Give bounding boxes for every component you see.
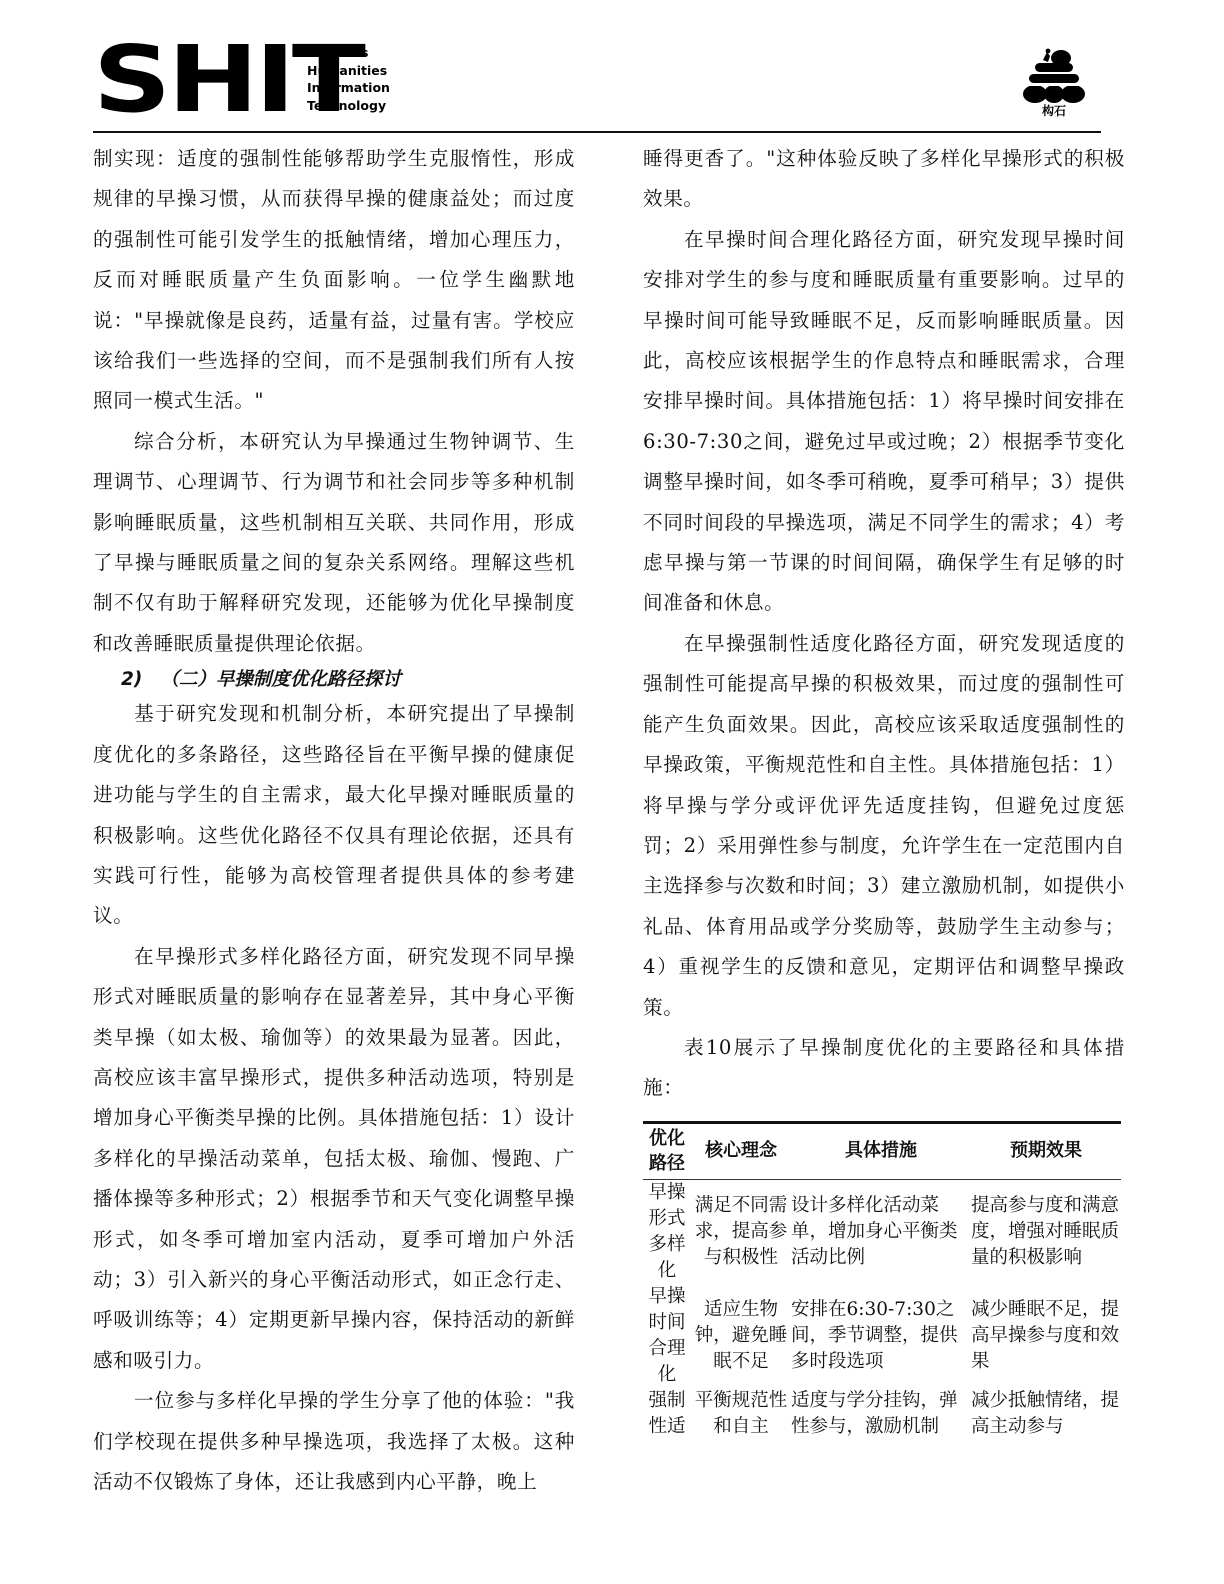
- paragraph: 制实现：适度的强制性能够帮助学生克服惰性，形成规律的早操习惯，从而获得早操的健康…: [93, 139, 575, 422]
- column-header: 核心理念: [691, 1122, 791, 1179]
- column-header: 优化路径: [643, 1122, 691, 1179]
- paragraph: 在早操强制性适度化路径方面，研究发现适度的强制性可能提高早操的积极效果，而过度的…: [643, 624, 1125, 1028]
- logo-subtitle-line: Humanities: [307, 62, 390, 80]
- header-divider: [93, 131, 1101, 133]
- paragraph: 表10展示了早操制度优化的主要路径和具体措施：: [643, 1028, 1125, 1109]
- table-row: 早操时间合理化 适应生物钟，避免睡眠不足 安排在6:30-7:30之间，季节调整…: [643, 1284, 1121, 1388]
- emblem-label: 构石: [1019, 104, 1089, 118]
- table-cell: 提高参与度和满意度，增强对睡眠质量的积极影响: [971, 1179, 1121, 1284]
- column-header: 具体措施: [791, 1122, 971, 1179]
- table-cell: 平衡规范性和自主: [691, 1388, 791, 1440]
- page-header: SHIT Sciences Humanities Information Tec…: [93, 40, 1101, 130]
- logo-subtitle-line: Information: [307, 79, 390, 97]
- logo-subtitle: Sciences Humanities Information Technolo…: [307, 44, 390, 114]
- column-header: 预期效果: [971, 1122, 1121, 1179]
- logo-subtitle-line: Technology: [307, 97, 390, 115]
- left-column: 制实现：适度的强制性能够帮助学生克服惰性，形成规律的早操习惯，从而获得早操的健康…: [93, 139, 575, 1502]
- table-cell: 适度与学分挂钩，弹性参与，激励机制: [791, 1388, 971, 1440]
- table-row: 强制性适 平衡规范性和自主 适度与学分挂钩，弹性参与，激励机制 减少抵触情绪，提…: [643, 1388, 1121, 1440]
- table-cell: 满足不同需求，提高参与积极性: [691, 1179, 791, 1284]
- publisher-emblem: 构石: [1019, 46, 1089, 118]
- table-cell: 安排在6:30-7:30之间，季节调整，提供多时段选项: [791, 1284, 971, 1388]
- paragraph: 一位参与多样化早操的学生分享了他的体验："我们学校现在提供多种早操选项，我选择了…: [93, 1381, 575, 1502]
- paragraph: 睡得更香了。"这种体验反映了多样化早操形式的积极效果。: [643, 139, 1125, 220]
- table-cell: 早操时间合理化: [643, 1284, 691, 1388]
- table-cell: 适应生物钟，避免睡眠不足: [691, 1284, 791, 1388]
- table-cell: 减少抵触情绪，提高主动参与: [971, 1388, 1121, 1440]
- section-title: （二）早操制度优化路径探讨: [160, 669, 401, 690]
- table-cell: 减少睡眠不足，提高早操参与度和效果: [971, 1284, 1121, 1388]
- table-cell: 设计多样化活动菜单，增加身心平衡类活动比例: [791, 1179, 971, 1284]
- table-header-row: 优化路径 核心理念 具体措施 预期效果: [643, 1122, 1121, 1179]
- table-10: 优化路径 核心理念 具体措施 预期效果 早操形式多样化 满足不同需求，提高参与积…: [643, 1121, 1121, 1440]
- paragraph: 在早操形式多样化路径方面，研究发现不同早操形式对睡眠质量的影响存在显著差异，其中…: [93, 937, 575, 1381]
- stone-pile-climber-icon: [1021, 46, 1087, 104]
- logo-subtitle-line: Sciences: [307, 44, 390, 62]
- paragraph: 综合分析，本研究认为早操通过生物钟调节、生理调节、心理调节、行为调节和社会同步等…: [93, 422, 575, 664]
- table-row: 早操形式多样化 满足不同需求，提高参与积极性 设计多样化活动菜单，增加身心平衡类…: [643, 1179, 1121, 1284]
- section-heading: 2)（二）早操制度优化路径探讨: [121, 668, 575, 692]
- right-column: 睡得更香了。"这种体验反映了多样化早操形式的积极效果。 在早操时间合理化路径方面…: [643, 139, 1125, 1440]
- table-cell: 强制性适: [643, 1388, 691, 1440]
- section-number: 2): [121, 669, 142, 690]
- paragraph: 在早操时间合理化路径方面，研究发现早操时间安排对学生的参与度和睡眠质量有重要影响…: [643, 220, 1125, 624]
- paragraph: 基于研究发现和机制分析，本研究提出了早操制度优化的多条路径，这些路径旨在平衡早操…: [93, 694, 575, 936]
- table-cell: 早操形式多样化: [643, 1179, 691, 1284]
